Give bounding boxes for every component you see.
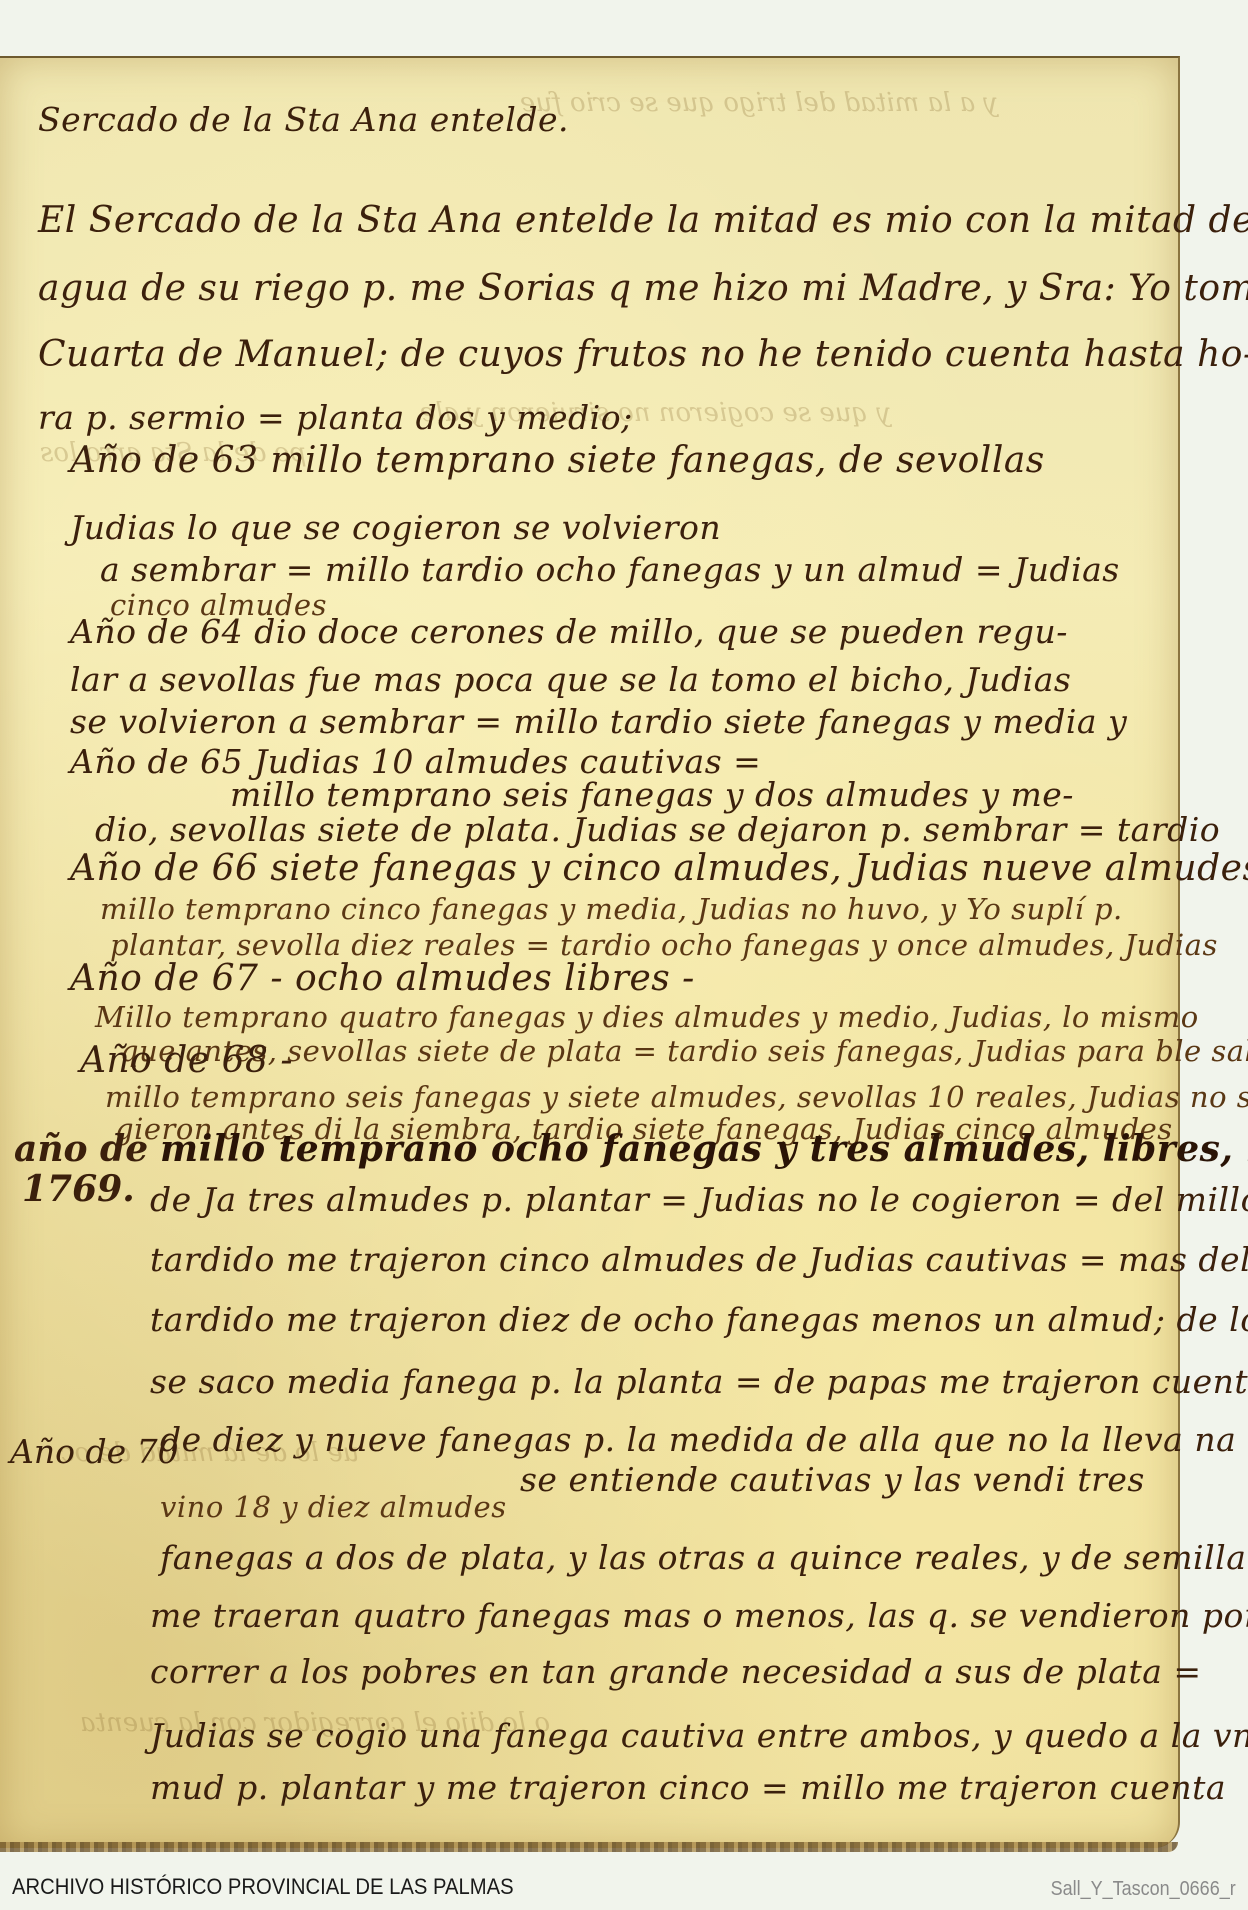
text-line: me traeran quatro fanegas mas o menos, l… — [150, 1596, 1248, 1635]
margin-year-label: 1769. — [22, 1168, 135, 1210]
text-line: millo temprano seis fanegas y dos almude… — [230, 775, 1074, 814]
file-id-label: Sall_Y_Tascon_0666_r — [1051, 1878, 1236, 1901]
heading-line: Sercado de la Sta Ana entelde. — [38, 100, 569, 139]
text-line: Año de 63 millo temprano siete fanegas, … — [70, 440, 1045, 481]
text-line: Judias lo que se cogieron se volvieron — [70, 508, 721, 547]
text-line: se volvieron a sembrar = millo tardio si… — [70, 702, 1127, 741]
margin-year-label: año de — [14, 1128, 148, 1170]
text-line: vino 18 y diez almudes — [160, 1490, 507, 1524]
text-line: de diez y nueve fanegas p. la medida de … — [160, 1420, 1248, 1459]
text-line: tardido me trajeron diez de ocho fanegas… — [150, 1300, 1248, 1339]
text-line: correr a los pobres en tan grande necesi… — [150, 1652, 1202, 1691]
text-line: plantar, sevolla diez reales = tardio oc… — [110, 928, 1218, 962]
text-line: se entiende cautivas y las vendi tres — [520, 1460, 1145, 1499]
margin-year-label: Año de 70 — [10, 1432, 179, 1471]
bleed-through-text: y a la mitad del trigo que se crio fue — [520, 88, 998, 118]
text-line: tardido me trajeron cinco almudes de Jud… — [150, 1240, 1248, 1279]
text-line: Judias se cogio una fanega cautiva entre… — [150, 1716, 1248, 1755]
text-line: Año de 68 - — [80, 1040, 293, 1081]
text-line: fanegas a dos de plata, y las otras a qu… — [160, 1538, 1246, 1577]
text-line: millo temprano cinco fanegas y media, Ju… — [100, 892, 1123, 926]
text-line: agua de su riego p. me Sorias q me hizo … — [38, 268, 1248, 309]
text-line: Año de 64 dio doce cerones de millo, que… — [70, 612, 1068, 651]
text-line: ra p. sermio = planta dos y medio; — [38, 398, 633, 437]
text-line: millo temprano ocho fanegas y tres almud… — [160, 1128, 1248, 1170]
text-line: Año de 66 siete fanegas y cinco almudes,… — [70, 848, 1248, 889]
archive-name-label: ARCHIVO HISTÓRICO PROVINCIAL DE LAS PALM… — [12, 1874, 514, 1900]
text-line: Millo temprano quatro fanegas y dies alm… — [95, 1000, 1199, 1034]
text-line: millo temprano seis fanegas y siete almu… — [105, 1080, 1248, 1114]
text-line: de Ja tres almudes p. plantar = Judias n… — [150, 1180, 1248, 1219]
text-line: a sembrar = millo tardio ocho fanegas y … — [100, 550, 1120, 589]
text-line: lar a sevollas fue mas poca que se la to… — [70, 660, 1071, 699]
text-line: dio, sevollas siete de plata. Judias se … — [95, 810, 1220, 849]
text-line: Cuarta de Manuel; de cuyos frutos no he … — [38, 334, 1248, 375]
text-line: Año de 67 - ocho almudes libres - — [70, 958, 695, 999]
text-line: El Sercado de la Sta Ana entelde la mita… — [38, 200, 1248, 241]
text-line: mud p. plantar y me trajeron cinco = mil… — [150, 1768, 1226, 1807]
text-line: se saco media fanega p. la planta = de p… — [150, 1362, 1248, 1401]
